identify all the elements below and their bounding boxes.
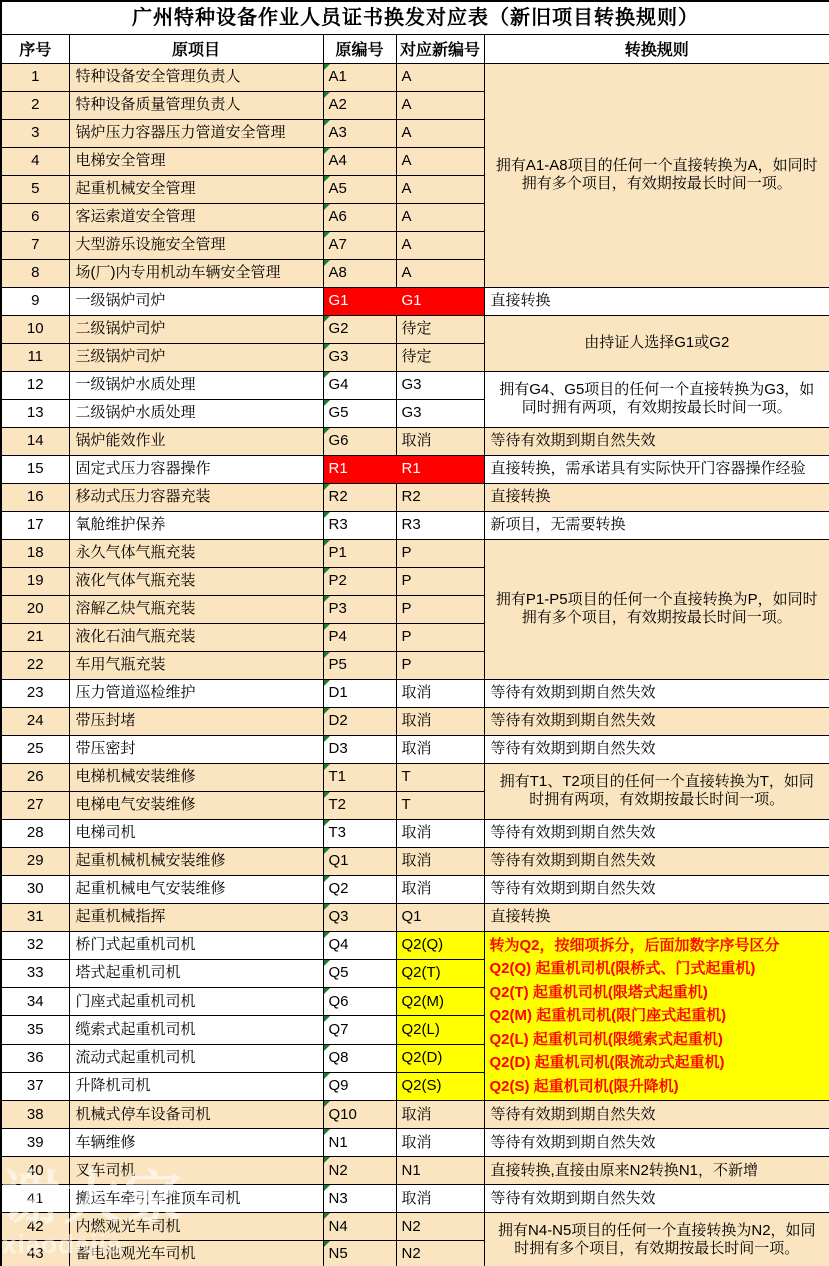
column-header-original-code: 原编号	[323, 34, 396, 63]
new-code-cell: 取消	[396, 819, 484, 847]
table-row: 38机械式停车设备司机Q10取消等待有效期到期自然失效	[1, 1101, 829, 1129]
old-code-cell: T1	[323, 763, 396, 791]
serial-cell: 28	[1, 819, 69, 847]
rule-cell: 拥有P1-P5项目的任何一个直接转换为P，如同时拥有多个项目，有效期按最长时间一…	[484, 539, 829, 679]
cell-flag-icon	[324, 428, 330, 434]
project-name-cell: 带压封堵	[69, 707, 323, 735]
rule-cell: 拥有G4、G5项目的任何一个直接转换为G3，如同时拥有两项，有效期按最长时间一项…	[484, 371, 829, 427]
project-name-cell: 起重机械指挥	[69, 903, 323, 931]
project-name-cell: 锅炉能效作业	[69, 427, 323, 455]
old-code-cell: P4	[323, 623, 396, 651]
serial-cell: 35	[1, 1016, 69, 1044]
project-name-cell: 液化气体气瓶充装	[69, 567, 323, 595]
new-code-cell: Q2(Q)	[396, 931, 484, 959]
old-code-cell: D2	[323, 707, 396, 735]
new-code-cell: A	[396, 259, 484, 287]
old-code-cell: G1	[323, 287, 396, 315]
rule-cell: 拥有N4-N5项目的任何一个直接转换为N2，如同时拥有多个项目，有效期按最长时间…	[484, 1213, 829, 1266]
rule-cell: 转为Q2，按细项拆分，后面加数字序号区分Q2(Q) 起重机司机(限桥式、门式起重…	[484, 931, 829, 1101]
column-header-new-code: 对应新编号	[396, 34, 484, 63]
new-code-cell: 待定	[396, 315, 484, 343]
certificate-conversion-table: 广州特种设备作业人员证书换发对应表（新旧项目转换规则） 序号 原项目 原编号 对…	[0, 0, 829, 1266]
cell-flag-icon	[324, 176, 330, 182]
serial-cell: 27	[1, 791, 69, 819]
new-code-cell: Q2(M)	[396, 988, 484, 1016]
serial-cell: 14	[1, 427, 69, 455]
serial-cell: 2	[1, 91, 69, 119]
serial-cell: 4	[1, 147, 69, 175]
new-code-cell: P	[396, 595, 484, 623]
old-code-cell: P1	[323, 539, 396, 567]
project-name-cell: 大型游乐设施安全管理	[69, 231, 323, 259]
new-code-cell: 取消	[396, 875, 484, 903]
old-code-cell: G4	[323, 371, 396, 399]
project-name-cell: 固定式压力容器操作	[69, 455, 323, 483]
serial-cell: 23	[1, 679, 69, 707]
old-code-cell: A3	[323, 119, 396, 147]
serial-cell: 37	[1, 1072, 69, 1100]
old-code-cell: A7	[323, 231, 396, 259]
rule-line: Q2(S) 起重机司机(限升降机)	[490, 1075, 825, 1099]
rule-line: Q2(Q) 起重机司机(限桥式、门式起重机)	[490, 957, 825, 981]
cell-flag-icon	[324, 680, 330, 686]
serial-cell: 43	[1, 1241, 69, 1266]
serial-cell: 32	[1, 931, 69, 959]
table-row: 31起重机械指挥Q3Q1直接转换	[1, 903, 829, 931]
cell-flag-icon	[324, 1129, 330, 1135]
project-name-cell: 一级锅炉水质处理	[69, 371, 323, 399]
new-code-cell: R1	[396, 455, 484, 483]
cell-flag-icon	[324, 736, 330, 742]
rule-cell: 直接转换	[484, 903, 829, 931]
serial-cell: 22	[1, 651, 69, 679]
old-code-cell: R3	[323, 511, 396, 539]
new-code-cell: Q2(D)	[396, 1044, 484, 1072]
new-code-cell: P	[396, 651, 484, 679]
serial-cell: 12	[1, 371, 69, 399]
cell-flag-icon	[324, 596, 330, 602]
serial-cell: 16	[1, 483, 69, 511]
old-code-cell: Q3	[323, 903, 396, 931]
serial-cell: 34	[1, 988, 69, 1016]
cell-flag-icon	[324, 512, 330, 518]
old-code-cell: A1	[323, 63, 396, 91]
rule-cell: 等待有效期到期自然失效	[484, 1101, 829, 1129]
table-row: 41搬运车牵引车推顶车司机N3取消等待有效期到期自然失效	[1, 1185, 829, 1213]
new-code-cell: T	[396, 763, 484, 791]
project-name-cell: 车用气瓶充装	[69, 651, 323, 679]
project-name-cell: 电梯机械安装维修	[69, 763, 323, 791]
project-name-cell: 特种设备安全管理负责人	[69, 63, 323, 91]
table-row: 15固定式压力容器操作R1R1直接转换，需承诺具有实际快开门容器操作经验	[1, 455, 829, 483]
cell-flag-icon	[324, 1157, 330, 1163]
cell-flag-icon	[324, 1241, 330, 1247]
new-code-cell: P	[396, 539, 484, 567]
rule-cell: 等待有效期到期自然失效	[484, 819, 829, 847]
new-code-cell: 取消	[396, 735, 484, 763]
serial-cell: 11	[1, 343, 69, 371]
serial-cell: 20	[1, 595, 69, 623]
project-name-cell: 氧舱维护保养	[69, 511, 323, 539]
rule-cell: 直接转换,直接由原来N2转换N1，不新增	[484, 1157, 829, 1185]
cell-flag-icon	[324, 400, 330, 406]
project-name-cell: 溶解乙炔气瓶充装	[69, 595, 323, 623]
project-name-cell: 流动式起重机司机	[69, 1044, 323, 1072]
serial-cell: 42	[1, 1213, 69, 1241]
new-code-cell: A	[396, 203, 484, 231]
project-name-cell: 带压密封	[69, 735, 323, 763]
project-name-cell: 液化石油气瓶充装	[69, 623, 323, 651]
cell-flag-icon	[324, 204, 330, 210]
rule-cell: 等待有效期到期自然失效	[484, 847, 829, 875]
cell-flag-icon	[324, 708, 330, 714]
rule-cell: 直接转换	[484, 287, 829, 315]
serial-cell: 13	[1, 399, 69, 427]
table-row: 23压力管道巡检维护D1取消等待有效期到期自然失效	[1, 679, 829, 707]
old-code-cell: N2	[323, 1157, 396, 1185]
serial-cell: 9	[1, 287, 69, 315]
new-code-cell: G3	[396, 399, 484, 427]
cell-flag-icon	[324, 988, 330, 994]
project-name-cell: 起重机械电气安装维修	[69, 875, 323, 903]
new-code-cell: 取消	[396, 427, 484, 455]
rule-line: Q2(D) 起重机司机(限流动式起重机)	[490, 1051, 825, 1075]
cell-flag-icon	[324, 92, 330, 98]
table-row: 18永久气体气瓶充装P1P拥有P1-P5项目的任何一个直接转换为P，如同时拥有多…	[1, 539, 829, 567]
cell-flag-icon	[324, 1101, 330, 1107]
cell-flag-icon	[324, 64, 330, 70]
serial-cell: 31	[1, 903, 69, 931]
project-name-cell: 压力管道巡检维护	[69, 679, 323, 707]
table-row: 1特种设备安全管理负责人A1A拥有A1-A8项目的任何一个直接转换为A，如同时拥…	[1, 63, 829, 91]
old-code-cell: Q1	[323, 847, 396, 875]
serial-cell: 41	[1, 1185, 69, 1213]
cell-flag-icon	[324, 652, 330, 658]
serial-cell: 17	[1, 511, 69, 539]
project-name-cell: 升降机司机	[69, 1072, 323, 1100]
project-name-cell: 塔式起重机司机	[69, 959, 323, 987]
rule-cell: 等待有效期到期自然失效	[484, 707, 829, 735]
cell-flag-icon	[324, 120, 330, 126]
old-code-cell: A2	[323, 91, 396, 119]
new-code-cell: 取消	[396, 679, 484, 707]
serial-cell: 38	[1, 1101, 69, 1129]
new-code-cell: N2	[396, 1213, 484, 1241]
new-code-cell: A	[396, 147, 484, 175]
cell-flag-icon	[324, 568, 330, 574]
cell-flag-icon	[324, 1016, 330, 1022]
new-code-cell: 取消	[396, 707, 484, 735]
table-row: 28电梯司机T3取消等待有效期到期自然失效	[1, 819, 829, 847]
serial-cell: 1	[1, 63, 69, 91]
new-code-cell: A	[396, 91, 484, 119]
cell-flag-icon	[324, 848, 330, 854]
serial-cell: 10	[1, 315, 69, 343]
old-code-cell: Q8	[323, 1044, 396, 1072]
cell-flag-icon	[324, 624, 330, 630]
cell-flag-icon	[324, 372, 330, 378]
table-row: 16移动式压力容器充装R2R2直接转换	[1, 483, 829, 511]
serial-cell: 25	[1, 735, 69, 763]
cell-flag-icon	[324, 1213, 330, 1219]
serial-cell: 21	[1, 623, 69, 651]
table-row: 10二级锅炉司炉G2待定由持证人选择G1或G2	[1, 315, 829, 343]
column-header-serial: 序号	[1, 34, 69, 63]
table-row: 9一级锅炉司炉G1G1直接转换	[1, 287, 829, 315]
cell-flag-icon	[324, 540, 330, 546]
project-name-cell: 特种设备质量管理负责人	[69, 91, 323, 119]
old-code-cell: N5	[323, 1241, 396, 1266]
rule-cell: 等待有效期到期自然失效	[484, 1185, 829, 1213]
new-code-cell: Q2(L)	[396, 1016, 484, 1044]
project-name-cell: 三级锅炉司炉	[69, 343, 323, 371]
cell-flag-icon	[324, 148, 330, 154]
rule-cell: 拥有A1-A8项目的任何一个直接转换为A，如同时拥有多个项目，有效期按最长时间一…	[484, 63, 829, 287]
rule-line: Q2(M) 起重机司机(限门座式起重机)	[490, 1004, 825, 1028]
serial-cell: 5	[1, 175, 69, 203]
project-name-cell: 二级锅炉司炉	[69, 315, 323, 343]
old-code-cell: T3	[323, 819, 396, 847]
old-code-cell: P5	[323, 651, 396, 679]
new-code-cell: T	[396, 791, 484, 819]
old-code-cell: A8	[323, 259, 396, 287]
cell-flag-icon	[324, 1045, 330, 1051]
project-name-cell: 缆索式起重机司机	[69, 1016, 323, 1044]
new-code-cell: Q2(T)	[396, 959, 484, 987]
new-code-cell: A	[396, 119, 484, 147]
rule-cell: 等待有效期到期自然失效	[484, 735, 829, 763]
title-row: 广州特种设备作业人员证书换发对应表（新旧项目转换规则）	[1, 1, 829, 34]
project-name-cell: 机械式停车设备司机	[69, 1101, 323, 1129]
project-name-cell: 移动式压力容器充装	[69, 483, 323, 511]
old-code-cell: R2	[323, 483, 396, 511]
old-code-cell: T2	[323, 791, 396, 819]
old-code-cell: G5	[323, 399, 396, 427]
cell-flag-icon	[324, 820, 330, 826]
old-code-cell: N3	[323, 1185, 396, 1213]
old-code-cell: R1	[323, 455, 396, 483]
old-code-cell: Q7	[323, 1016, 396, 1044]
table-row: 12一级锅炉水质处理G4G3拥有G4、G5项目的任何一个直接转换为G3，如同时拥…	[1, 371, 829, 399]
table-row: 32桥门式起重机司机Q4Q2(Q)转为Q2，按细项拆分，后面加数字序号区分Q2(…	[1, 931, 829, 959]
serial-cell: 15	[1, 455, 69, 483]
new-code-cell: R3	[396, 511, 484, 539]
new-code-cell: N2	[396, 1241, 484, 1266]
old-code-cell: N4	[323, 1213, 396, 1241]
rule-cell: 等待有效期到期自然失效	[484, 1129, 829, 1157]
cell-flag-icon	[324, 904, 330, 910]
project-name-cell: 起重机械机械安装维修	[69, 847, 323, 875]
project-name-cell: 车辆维修	[69, 1129, 323, 1157]
new-code-cell: 待定	[396, 343, 484, 371]
new-code-cell: R2	[396, 483, 484, 511]
project-name-cell: 电梯电气安装维修	[69, 791, 323, 819]
old-code-cell: Q2	[323, 875, 396, 903]
table-body: 1特种设备安全管理负责人A1A拥有A1-A8项目的任何一个直接转换为A，如同时拥…	[1, 63, 829, 1266]
serial-cell: 8	[1, 259, 69, 287]
new-code-cell: 取消	[396, 1185, 484, 1213]
project-name-cell: 电梯安全管理	[69, 147, 323, 175]
new-code-cell: A	[396, 231, 484, 259]
rule-cell: 由持证人选择G1或G2	[484, 315, 829, 371]
serial-cell: 3	[1, 119, 69, 147]
serial-cell: 6	[1, 203, 69, 231]
project-name-cell: 门座式起重机司机	[69, 988, 323, 1016]
new-code-cell: A	[396, 175, 484, 203]
project-name-cell: 蓄电池观光车司机	[69, 1241, 323, 1266]
serial-cell: 18	[1, 539, 69, 567]
project-name-cell: 永久气体气瓶充装	[69, 539, 323, 567]
column-header-original-project: 原项目	[69, 34, 323, 63]
old-code-cell: A6	[323, 203, 396, 231]
table-row: 24带压封堵D2取消等待有效期到期自然失效	[1, 707, 829, 735]
rule-cell: 新项目，无需要转换	[484, 511, 829, 539]
rule-line: Q2(T) 起重机司机(限塔式起重机)	[490, 981, 825, 1005]
old-code-cell: D1	[323, 679, 396, 707]
rule-line: 转为Q2，按细项拆分，后面加数字序号区分	[490, 934, 825, 958]
old-code-cell: D3	[323, 735, 396, 763]
old-code-cell: G6	[323, 427, 396, 455]
project-name-cell: 起重机械安全管理	[69, 175, 323, 203]
table-row: 40叉车司机N2N1直接转换,直接由原来N2转换N1，不新增	[1, 1157, 829, 1185]
old-code-cell: A4	[323, 147, 396, 175]
header-row: 序号 原项目 原编号 对应新编号 转换规则	[1, 34, 829, 63]
rule-line: Q2(L) 起重机司机(限缆索式起重机)	[490, 1028, 825, 1052]
new-code-cell: G1	[396, 287, 484, 315]
serial-cell: 33	[1, 959, 69, 987]
new-code-cell: Q1	[396, 903, 484, 931]
table-row: 14锅炉能效作业G6取消等待有效期到期自然失效	[1, 427, 829, 455]
new-code-cell: G3	[396, 371, 484, 399]
old-code-cell: G2	[323, 315, 396, 343]
serial-cell: 39	[1, 1129, 69, 1157]
serial-cell: 36	[1, 1044, 69, 1072]
table-row: 30起重机械电气安装维修Q2取消等待有效期到期自然失效	[1, 875, 829, 903]
old-code-cell: G3	[323, 343, 396, 371]
rule-cell: 直接转换，需承诺具有实际快开门容器操作经验	[484, 455, 829, 483]
serial-cell: 24	[1, 707, 69, 735]
serial-cell: 26	[1, 763, 69, 791]
cell-flag-icon	[324, 1185, 330, 1191]
cell-flag-icon	[324, 792, 330, 798]
new-code-cell: 取消	[396, 1101, 484, 1129]
serial-cell: 19	[1, 567, 69, 595]
table-row: 17氧舱维护保养R3R3新项目，无需要转换	[1, 511, 829, 539]
table-row: 29起重机械机械安装维修Q1取消等待有效期到期自然失效	[1, 847, 829, 875]
serial-cell: 30	[1, 875, 69, 903]
new-code-cell: P	[396, 623, 484, 651]
cell-flag-icon	[324, 960, 330, 966]
old-code-cell: P2	[323, 567, 396, 595]
project-name-cell: 搬运车牵引车推顶车司机	[69, 1185, 323, 1213]
new-code-cell: 取消	[396, 847, 484, 875]
old-code-cell: Q10	[323, 1101, 396, 1129]
cell-flag-icon	[324, 876, 330, 882]
old-code-cell: Q5	[323, 959, 396, 987]
cell-flag-icon	[324, 316, 330, 322]
table-row: 39车辆维修N1取消等待有效期到期自然失效	[1, 1129, 829, 1157]
old-code-cell: Q9	[323, 1072, 396, 1100]
cell-flag-icon	[324, 1073, 330, 1079]
table-row: 42内燃观光车司机N4N2拥有N4-N5项目的任何一个直接转换为N2，如同时拥有…	[1, 1213, 829, 1241]
rule-cell: 等待有效期到期自然失效	[484, 875, 829, 903]
new-code-cell: P	[396, 567, 484, 595]
serial-cell: 7	[1, 231, 69, 259]
table-row: 25带压密封D3取消等待有效期到期自然失效	[1, 735, 829, 763]
cell-flag-icon	[324, 932, 330, 938]
project-name-cell: 一级锅炉司炉	[69, 287, 323, 315]
project-name-cell: 锅炉压力容器压力管道安全管理	[69, 119, 323, 147]
project-name-cell: 二级锅炉水质处理	[69, 399, 323, 427]
cell-flag-icon	[324, 484, 330, 490]
serial-cell: 40	[1, 1157, 69, 1185]
table-row: 26电梯机械安装维修T1T拥有T1、T2项目的任何一个直接转换为T，如同时拥有两…	[1, 763, 829, 791]
old-code-cell: Q6	[323, 988, 396, 1016]
rule-cell: 等待有效期到期自然失效	[484, 427, 829, 455]
project-name-cell: 内燃观光车司机	[69, 1213, 323, 1241]
old-code-cell: A5	[323, 175, 396, 203]
project-name-cell: 叉车司机	[69, 1157, 323, 1185]
cell-flag-icon	[324, 344, 330, 350]
cell-flag-icon	[324, 764, 330, 770]
page-title: 广州特种设备作业人员证书换发对应表（新旧项目转换规则）	[1, 1, 829, 34]
project-name-cell: 电梯司机	[69, 819, 323, 847]
cell-flag-icon	[324, 260, 330, 266]
project-name-cell: 客运索道安全管理	[69, 203, 323, 231]
cell-flag-icon	[324, 232, 330, 238]
rule-cell: 直接转换	[484, 483, 829, 511]
rule-cell: 等待有效期到期自然失效	[484, 679, 829, 707]
new-code-cell: Q2(S)	[396, 1072, 484, 1100]
old-code-cell: P3	[323, 595, 396, 623]
column-header-conversion-rule: 转换规则	[484, 34, 829, 63]
old-code-cell: Q4	[323, 931, 396, 959]
serial-cell: 29	[1, 847, 69, 875]
new-code-cell: 取消	[396, 1129, 484, 1157]
new-code-cell: N1	[396, 1157, 484, 1185]
old-code-cell: N1	[323, 1129, 396, 1157]
new-code-cell: A	[396, 63, 484, 91]
project-name-cell: 场(厂)内专用机动车辆安全管理	[69, 259, 323, 287]
rule-cell: 拥有T1、T2项目的任何一个直接转换为T，如同时拥有两项，有效期按最长时间一项。	[484, 763, 829, 819]
project-name-cell: 桥门式起重机司机	[69, 931, 323, 959]
